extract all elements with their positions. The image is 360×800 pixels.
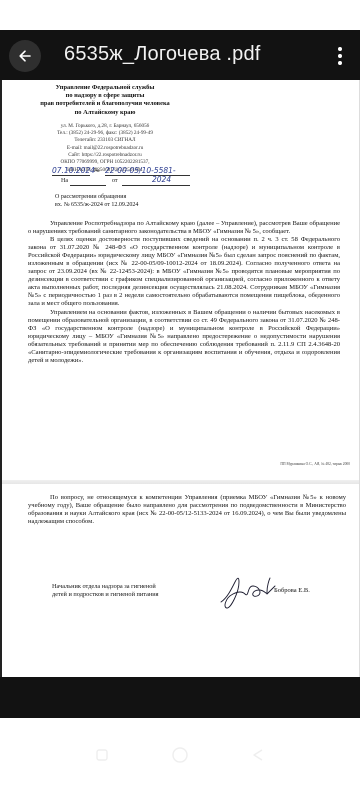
pdf-viewer[interactable]: Управление Федеральной службы по надзору… [0,80,360,677]
system-back-button[interactable] [243,740,273,770]
paragraph: Управление Роспотребнадзора по Алтайском… [28,220,340,236]
subject-ref: вх. № 6535/ж-2024 от 12.09.2024 [55,202,138,210]
more-vertical-icon [338,47,342,51]
back-button[interactable] [9,40,41,72]
recent-apps-icon [94,747,110,763]
org-name-line: по надзору в сфере защиты [30,92,180,100]
org-name-line: прав потребителей и благополучия человек… [30,100,180,108]
registration-number: 22-00-05/10-5581- [105,166,190,176]
paragraph: По вопросу, не относящемуся к компетенци… [28,494,346,526]
org-name-line: по Алтайскому краю [30,109,180,117]
paragraph: Управлением на основании фактов, изложен… [28,309,340,365]
contact-email: E-mail: mail@22.rospotrebnadzor.ru [30,145,180,152]
status-bar-area [0,0,360,30]
org-name: Управление Федеральной службы по надзору… [30,84,180,117]
contact-address: ул. М. Горького, д.28, г. Барнаул, 65605… [30,123,180,130]
more-vertical-icon-dot [338,61,342,65]
home-button[interactable] [165,740,195,770]
ot-label: от [112,178,118,184]
letterhead: Управление Федеральной службы по надзору… [30,84,180,174]
contact-teletype: Телетайп: 233103 СИГНАЛ [30,137,180,144]
home-icon [170,745,190,765]
registration-year: 2024 [152,175,171,184]
viewer-bottom-bar [0,677,360,718]
letter-body-continued: По вопросу, не относящемуся к компетенци… [28,494,346,526]
signature-icon [217,572,277,612]
back-triangle-icon [250,747,266,763]
document-title: 6535ж_Логочева .pdf [64,43,261,66]
registration-date: 07.10.2024 [52,166,90,176]
ot-field-line [122,185,190,186]
na-label: На [61,178,68,184]
position-line: Начальник отдела надзора за гигиеной [52,583,159,591]
org-name-line: Управление Федеральной службы [30,84,180,92]
arrow-left-icon [17,48,33,64]
print-footer-note: ПП Мурашкина О.С., АЯ, № 482, тираж 2000 [280,462,350,466]
number-label: № [94,168,100,174]
signatory-name: Боброва Е.В. [274,587,310,594]
contact-website: Сайт: https://22.rospotrebnadzor.ru [30,152,180,159]
pdf-page-1: Управление Федеральной службы по надзору… [2,80,360,480]
na-field-line [70,185,106,186]
pdf-page-2: По вопросу, не относящемуся к компетенци… [2,484,360,677]
registration-block: 07.10.2024 № 22-00-05/10-5581- На от 202… [52,166,192,188]
position-line: детей и подростков и гигиеной питания [52,591,159,599]
more-vertical-icon-dot [338,54,342,58]
app-bar: 6535ж_Логочева .pdf [0,30,360,80]
paragraph: В целях оценки достоверности поступивших… [28,236,340,308]
signatory-position: Начальник отдела надзора за гигиеной дет… [52,583,159,599]
more-options-button[interactable] [328,42,352,70]
subject-line: О рассмотрении обращения [55,194,138,202]
recent-apps-button[interactable] [87,740,117,770]
letter-subject: О рассмотрении обращения вх. № 6535/ж-20… [55,194,138,209]
letter-body: Управление Роспотребнадзора по Алтайском… [28,220,340,365]
system-navigation-bar [0,718,360,800]
